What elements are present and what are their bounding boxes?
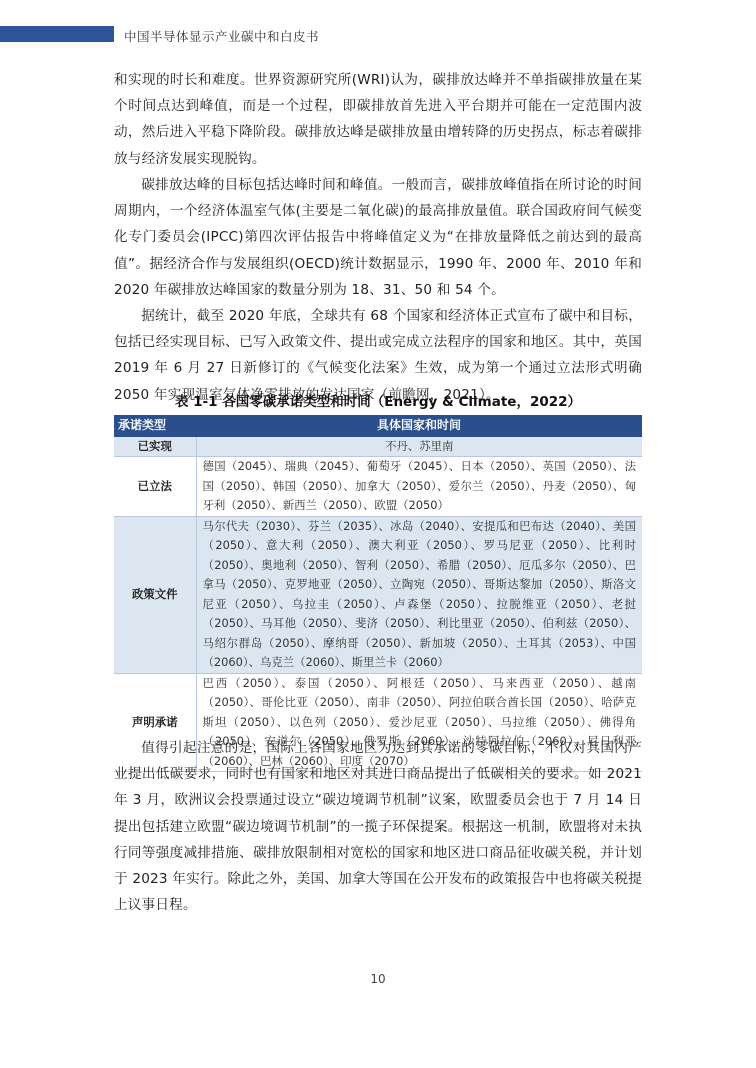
paragraph-text: 和实现的时长和难度。世界资源研究所(WRI)认为，碳排放达峰并不单指碳排放量在某…	[114, 67, 642, 172]
header-accent-bar	[0, 26, 114, 42]
countries-cell: 马尔代夫（2030）、芬兰（2035）、冰岛（2040）、安提瓜和巴布达（204…	[196, 516, 642, 673]
paragraph-continuation: 和实现的时长和难度。世界资源研究所(WRI)认为，碳排放达峰并不单指碳排放量在某…	[114, 67, 642, 172]
paragraph-peak-definition: 碳排放达峰的目标包括达峰时间和峰值。一般而言，碳排放峰值指在所讨论的时间周期内，…	[114, 172, 642, 303]
table-header-row: 承诺类型 具体国家和时间	[114, 415, 642, 437]
table-row: 政策文件 马尔代夫（2030）、芬兰（2035）、冰岛（2040）、安提瓜和巴布…	[114, 516, 642, 673]
pledge-table: 承诺类型 具体国家和时间 已实现 不丹、苏里南 已立法 德国（2045）、瑞典（…	[114, 415, 642, 772]
paragraph-text: 碳排放达峰的目标包括达峰时间和峰值。一般而言，碳排放峰值指在所讨论的时间周期内，…	[114, 172, 642, 303]
column-header-countries: 具体国家和时间	[196, 415, 642, 437]
column-header-type: 承诺类型	[114, 415, 196, 437]
table-row: 已立法 德国（2045）、瑞典（2045）、葡萄牙（2045）、日本（2050）…	[114, 457, 642, 517]
countries-cell: 德国（2045）、瑞典（2045）、葡萄牙（2045）、日本（2050）、英国（…	[196, 457, 642, 517]
countries-cell: 不丹、苏里南	[196, 437, 642, 457]
paragraph-text: 值得引起注意的是，国际上各国家地区为达到其承诺的零碳目标，不仅对其国内产业提出低…	[114, 735, 642, 918]
pledge-type-cell: 政策文件	[114, 516, 196, 673]
table-row: 已实现 不丹、苏里南	[114, 437, 642, 457]
pledge-type-cell: 已实现	[114, 437, 196, 457]
pledge-type-cell: 已立法	[114, 457, 196, 517]
table-caption: 表 1-1 各国零碳承诺类型和时间（Energy & Climate，2022）	[114, 390, 642, 410]
paragraph-carbon-border-tax: 值得引起注意的是，国际上各国家地区为达到其承诺的零碳目标，不仅对其国内产业提出低…	[114, 735, 642, 918]
page-number: 10	[0, 972, 756, 986]
document-header-title: 中国半导体显示产业碳中和白皮书	[124, 27, 319, 45]
